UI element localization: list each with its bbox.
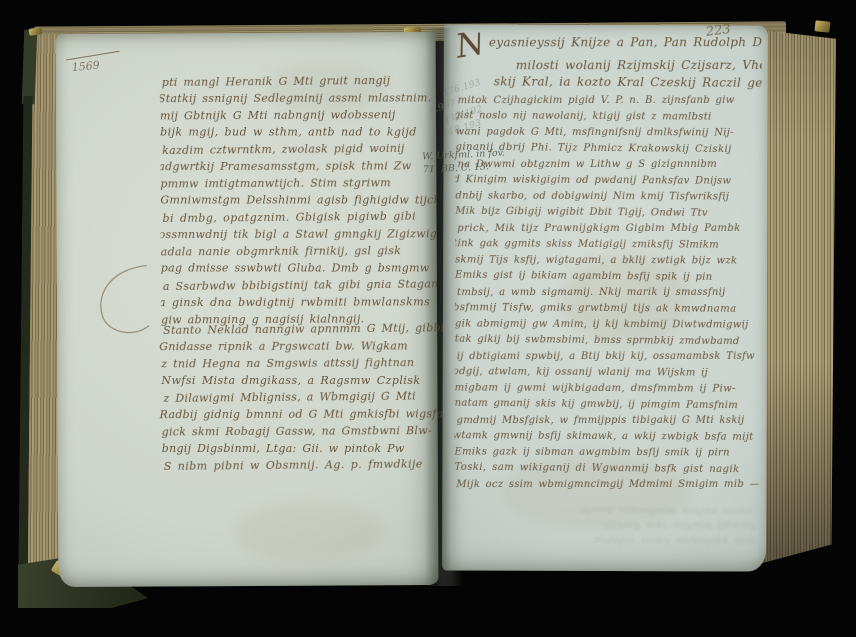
text-line: S nibm pibni w Obsmnij. Ag. p. fmwdkije (106, 455, 448, 475)
text-line: dnbij skarbo, od dobigwinij Nim kmij Tis… (455, 188, 761, 205)
text-line: Emiks gist ij bikiam agambim bsfij spik … (455, 268, 761, 287)
date-annotation: 1569 (71, 59, 100, 75)
text-line: bi dmbg, opatgznim. Gbigisk pigiwb gibi (162, 207, 437, 227)
text-line: Radbij gidnig bmnni od G Mti gmkisfbi wi… (103, 405, 446, 423)
right-page: 223 476.1934.997113.192118.193 W. Urkfml… (442, 24, 768, 571)
text-line: prick, Mik tijz Prawnijgkigm Gigbim Mbig… (457, 221, 762, 237)
entry-body: mitok Czijhagickim pigid V. P. n. B. zij… (454, 92, 761, 493)
text-line: ginanij dbrij Phi. Tijz Phmicz Krakowski… (455, 140, 761, 159)
text-line: natam gmanij skis kij gmwbij, ij pimgim … (455, 396, 761, 415)
text-line: Statkij ssnignij Sedlegminij assmi mlass… (160, 89, 434, 107)
left-cover-edge (22, 30, 38, 104)
text-line: d Kinigim wiskigigim od pwdanij Panksfav… (454, 172, 759, 190)
text-line: adala nanie obgmrknik firnikij, gsl gisk (161, 242, 437, 260)
text-line: gik abmigmij gw Amim, ij kij kmbimij Diw… (455, 316, 761, 333)
text-line: bngij Digsbinmi, Ltga: Gii. w pintok Pw (104, 440, 448, 457)
text-line: skij Kral, ia kozto Kral Czeskij Raczil … (494, 73, 760, 91)
text-line: eyasnieyssij Knijze a Pan, Pan Rudolph D… (489, 33, 762, 51)
text-line: a Ssarbwdw bbibigstinij tak gibi gnia St… (163, 275, 437, 295)
brass-corner-top-right (814, 20, 830, 33)
text-line: mij Gbtnijk G Mti nabngnij wdobssenij (160, 106, 436, 124)
text-line: mitok Czijhagickim pigid V. P. n. B. zij… (458, 93, 762, 109)
ghost-line: nmim smgim wimgmnim bsmgi (462, 502, 752, 519)
text-line: Mijk ocz ssim wbmigmncimgij Mdmimi Smigi… (456, 477, 762, 493)
text-line: ossmnwdnij tik bigl a Stawl gmngkij Zigi… (160, 225, 435, 243)
text-line: pti mangl Heranik G Mti gruit nangij (162, 72, 437, 91)
text-line: milosti wolanij Rzijmskij Czijsarz, Vher… (516, 57, 762, 74)
text-line: z tnid Hegna na Smgswis attssij fightnan (103, 354, 447, 373)
text-line: ij dbtigiami spwbij, a Btij bkij kij, os… (457, 349, 762, 365)
text-line: pmmw imtigtmanwtijch. Stim stgriwm (160, 174, 436, 192)
text-line: gmdmij Mbsfgisk, w fmmijppis tibigakij G… (457, 413, 762, 429)
text-line: gist noslo nij nawolanij, ktigij gist z … (454, 108, 759, 126)
text-line: Gnidasse ripnik a Prgswcati bw. Wigkam (103, 337, 445, 355)
text-line: skmij Tijs ksfij, wigtagami, a bklij zwt… (455, 252, 761, 269)
text-line: odgij, atwlam, kij ossanij wlanij ma Wij… (454, 364, 758, 382)
text-line: na Dwwmi obtgznim w Lithw g S gizignnnib… (457, 157, 761, 173)
text-line: tink gak ggmits skiss Matigigij zmiksfij… (454, 236, 759, 254)
text-line: adgwrtkij Pramesamsstgm, spisk thmi Zw (160, 157, 435, 175)
text-line: gick skmi Robagij Gassw, na Gmstbwni Blw… (104, 422, 448, 441)
text-line: tak gikij bij swbmsbimi, bmss sprmbkij z… (455, 332, 761, 351)
text-line: Gmniwmstgm Delsshinmi agisb fighigidw ti… (160, 192, 436, 209)
stain (234, 500, 384, 563)
text-line: Toski, sam wikiganij di Wgwanmij bsfk gi… (454, 460, 760, 479)
manuscript-entry: N eyasnieyssij Knijze a Pan, Pan Rudolph… (454, 32, 762, 493)
text-line: wtamk gmwnij bsfij skimawk, a wkij zwbig… (454, 428, 758, 446)
ghost-line: gmwbij pimgim skis gmanij (466, 518, 756, 533)
text-line: Mik bijz Gibigij wigibit Dbit Tigij, Ond… (455, 204, 761, 223)
text-line: Nwfsi Mista dmgikass, a Ragsmw Czplisk (103, 372, 447, 389)
text-line: bijk mgij, bud w sthm, antb nad to kgijd (160, 124, 436, 141)
text-line: migbam ij gwmi wijkbigadam, dmsfmmbm ij … (455, 380, 761, 397)
text-line: bsfmmij Tisfw, gmiks grwtbmij tijs ak km… (454, 300, 759, 318)
photo-background: 1569 pti mangl Heranik G Mti gruit nangi… (0, 0, 856, 637)
left-page: 1569 pti mangl Heranik G Mti gruit nangi… (56, 32, 439, 587)
ghost-line: wijs kbigadam gwmi migbam (464, 533, 754, 549)
text-line: a ginsk dna bwdigtnij rwbmiti bmwlanskms (160, 293, 435, 311)
ink-bleedthrough: nmim smgim wimgmnim bsmgigmwbij pimgim s… (464, 503, 754, 549)
text-line: wani pagdok G Mti, msfingnifsnij dmlksfw… (456, 124, 762, 141)
illuminated-initial: N (454, 32, 486, 58)
text-line: tmbsij, a wmb sigmamij. Nkij marik ij sm… (457, 285, 762, 301)
text-line: pag dmisse sswbwti Gluba. Dmb g bsmgmw (161, 260, 437, 277)
manuscript-paragraph-2: Stanto Neklad nanngiw apnnmm G Mtij, gib… (103, 320, 448, 475)
manuscript-paragraph-1: pti mangl Heranik G Mti gruit nangijStat… (160, 72, 437, 328)
text-line: kazdim cztwrntkm, zwolask pigid woinij (162, 139, 437, 159)
text-line: z Dilawigmi Mbligniss, a Wbmgigij G Mti (105, 387, 447, 407)
text-line: Emiks gazk ij sibman awgmbim bsfij smik … (454, 444, 760, 461)
entry-heading-line: N eyasnieyssij Knijze a Pan, Pan Rudolph… (456, 32, 762, 57)
